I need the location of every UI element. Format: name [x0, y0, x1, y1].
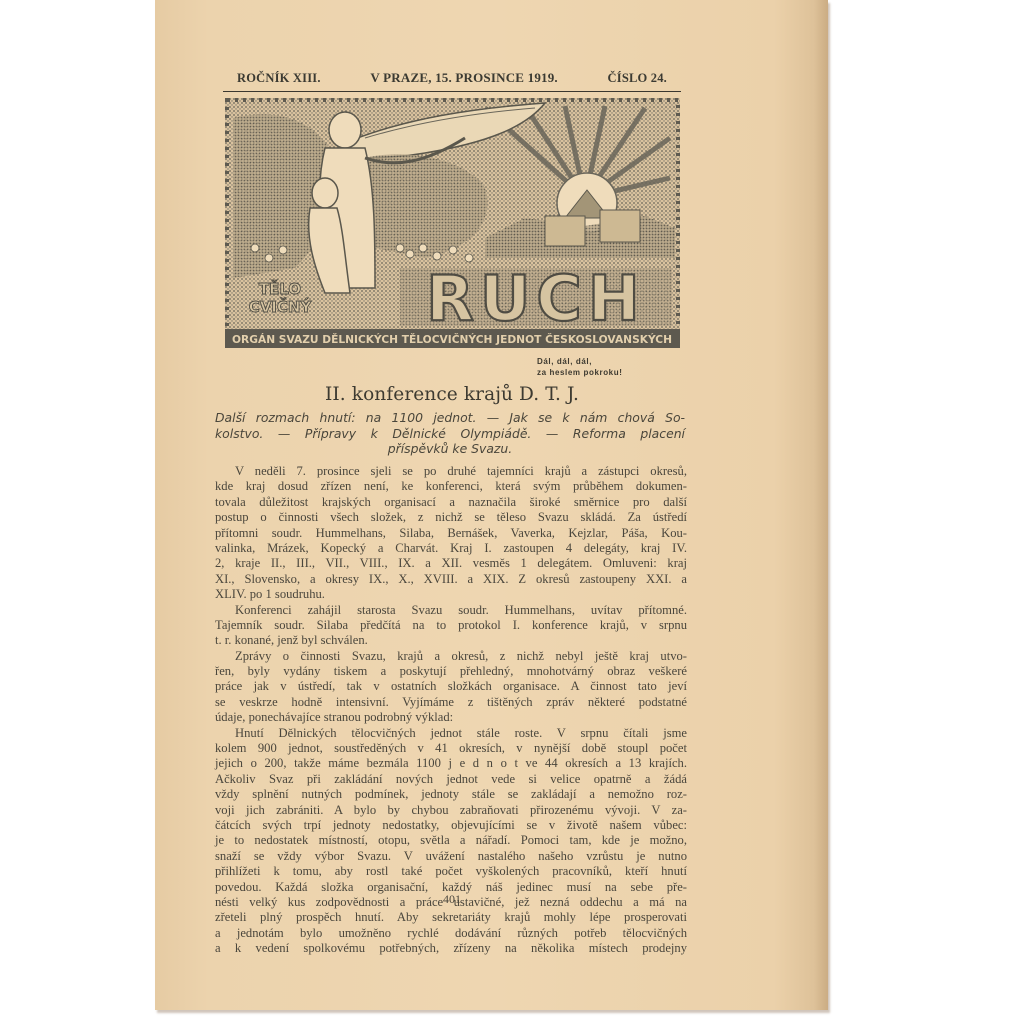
- place-date: V PRAZE, 15. PROSINCE 1919.: [370, 70, 558, 86]
- document-page: ROČNÍK XIII. V PRAZE, 15. PROSINCE 1919.…: [155, 0, 828, 1010]
- masthead-illustration: RUCH TĚLO CVIČNÝ ORGÁN SVAZU DĚLNICKÝCH …: [225, 98, 680, 348]
- motto-line: za heslem pokroku!: [537, 367, 677, 378]
- body-line: vždy splnění nutných podmínek, jednoty s…: [215, 787, 687, 802]
- body-line: snaží se vždy výbor Svazu. V uvážení nas…: [215, 849, 687, 864]
- body-line: postup o činnosti všech složek, z nichž …: [215, 510, 687, 525]
- body-line: Ačkoliv Svaz při zakládání nových jednot…: [215, 772, 687, 787]
- logo-small-line2: CVIČNÝ: [249, 297, 313, 316]
- body-line: čátcích svých trpí jednoty nedostatky, o…: [215, 818, 687, 833]
- volume-label: ROČNÍK XIII.: [237, 71, 321, 86]
- article-body: V neděli 7. prosince sjeli se po druhé t…: [215, 464, 687, 957]
- body-line: a jednotám bylo umožněno rychlé dodávání…: [215, 926, 687, 941]
- body-line: V neděli 7. prosince sjeli se po druhé t…: [215, 464, 687, 479]
- body-line: údaje, ponechávajíce stranou podrobný vý…: [215, 710, 687, 725]
- body-line: t. r. konané, jenž byl schválen.: [215, 633, 687, 648]
- subtitle-line: Další rozmach hnutí: na 1100 jednot. — J…: [215, 410, 685, 426]
- body-line: řen, byly vydány tiskem a poskytují přeh…: [215, 664, 687, 679]
- body-line: voji jich zabrániti. A bylo by chybou za…: [215, 803, 687, 818]
- body-line: práce jak v ústředí, tak v ostatních slo…: [215, 679, 687, 694]
- body-line: Tajemník soudr. Silaba předčítá na to pr…: [215, 618, 687, 633]
- body-line: přihlížeti k tomu, aby rostl také počet …: [215, 864, 687, 879]
- body-line: kde kraj dosud zřízen není, ke konferenc…: [215, 479, 687, 494]
- body-line: přítomni soudr. Hummelhans, Silaba, Bern…: [215, 526, 687, 541]
- body-line: a k vedení spolkovému potřebných, zřízen…: [215, 941, 687, 956]
- body-line: Zprávy o činnosti Svazu, krajů a okresů,…: [215, 649, 687, 664]
- body-line: Konferenci zahájil starosta Svazu soudr.…: [215, 603, 687, 618]
- subtitle-line: kolstvo. — Přípravy k Dělnické Olympiádě…: [215, 426, 685, 442]
- issue-number: ČÍSLO 24.: [608, 71, 667, 86]
- body-line: valinka, Mrázek, Kopecký a Charvát. Kraj…: [215, 541, 687, 556]
- body-line: jejich o 200, takže máme bezmála 1100 j …: [215, 756, 687, 771]
- body-line: se veskrze hodně intensivní. Vyjímáme z …: [215, 695, 687, 710]
- page-number: 401: [223, 892, 681, 907]
- motto: Dál, dál, dál, za heslem pokroku!: [537, 356, 677, 378]
- motto-line: Dál, dál, dál,: [537, 356, 677, 367]
- logo-title-text: RUCH: [426, 262, 645, 335]
- body-line: XLIV. po 1 soudruhu.: [215, 587, 687, 602]
- article-subtitle: Další rozmach hnutí: na 1100 jednot. — J…: [215, 410, 685, 457]
- body-line: Hnutí Dělnických tělocvičných jednot stá…: [215, 726, 687, 741]
- subtitle-line: příspěvků ke Svazu.: [215, 441, 685, 457]
- masthead-header: ROČNÍK XIII. V PRAZE, 15. PROSINCE 1919.…: [223, 70, 681, 92]
- body-line: je to nedostatek místností, otopu, světl…: [215, 833, 687, 848]
- body-line: tovala důležitost krajských organisací a…: [215, 495, 687, 510]
- body-line: zřeteli plný prospěch hnutí. Aby sekreta…: [215, 910, 687, 925]
- body-line: XI., Slovensko, a okresy IX., X., XVIII.…: [215, 572, 687, 587]
- body-line: kolem 900 jednot, soustředěných v 41 okr…: [215, 741, 687, 756]
- logo-small-line1: TĚLO: [259, 279, 301, 298]
- article-title: II. konference krajů D. T. J.: [223, 384, 681, 405]
- banner-text: ORGÁN SVAZU DĚLNICKÝCH TĚLOCVIČNÝCH JEDN…: [232, 333, 672, 346]
- body-line: 2, kraje II., III., VII., VIII., IX. a X…: [215, 556, 687, 571]
